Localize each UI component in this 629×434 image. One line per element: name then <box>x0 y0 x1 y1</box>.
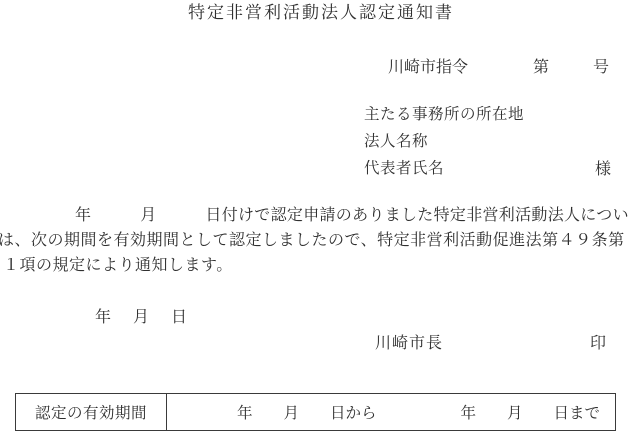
validity-period-table: 認定の有効期間 年 月 日から 年 月 日まで <box>15 393 616 431</box>
certification-notice-document: 特定非営利活動法人認定通知書 川崎市指令 第 号 主たる事務所の所在地 法人名称… <box>0 0 629 434</box>
recipient-corporation-name-label: 法人名称 <box>364 133 428 152</box>
document-title: 特定非営利活動法人認定通知書 <box>13 3 629 23</box>
recipient-honorific: 様 <box>595 160 611 179</box>
seal-placeholder: 印 <box>590 334 606 353</box>
validity-period-to: 年 月 日まで <box>461 401 601 423</box>
validity-period-header-cell: 認定の有効期間 <box>16 394 167 430</box>
directive-number-prefix: 第 <box>533 58 549 77</box>
recipient-office-address-label: 主たる事務所の所在地 <box>364 106 524 125</box>
validity-period-value-cell: 年 月 日から 年 月 日まで <box>167 394 615 430</box>
body-text-line-1: 年 月 日付けで認定申請のありました特定非営利活動法人について <box>75 206 629 225</box>
body-text-line-2: は、次の期間を有効期間として認定しましたので、特定非営利活動促進法第４９条第 <box>0 231 625 250</box>
validity-period-from: 年 月 日から <box>237 401 377 423</box>
validity-period-header-label: 認定の有効期間 <box>35 401 147 423</box>
signer-title: 川崎市長 <box>375 334 443 353</box>
directive-number-issuer: 川崎市指令 <box>388 58 468 77</box>
issue-date-line: 年 月 日 <box>95 308 190 327</box>
recipient-representative-label: 代表者氏名 <box>364 160 444 179</box>
directive-number-suffix: 号 <box>593 58 609 77</box>
body-text-line-3: １項の規定により通知します。 <box>3 256 233 275</box>
